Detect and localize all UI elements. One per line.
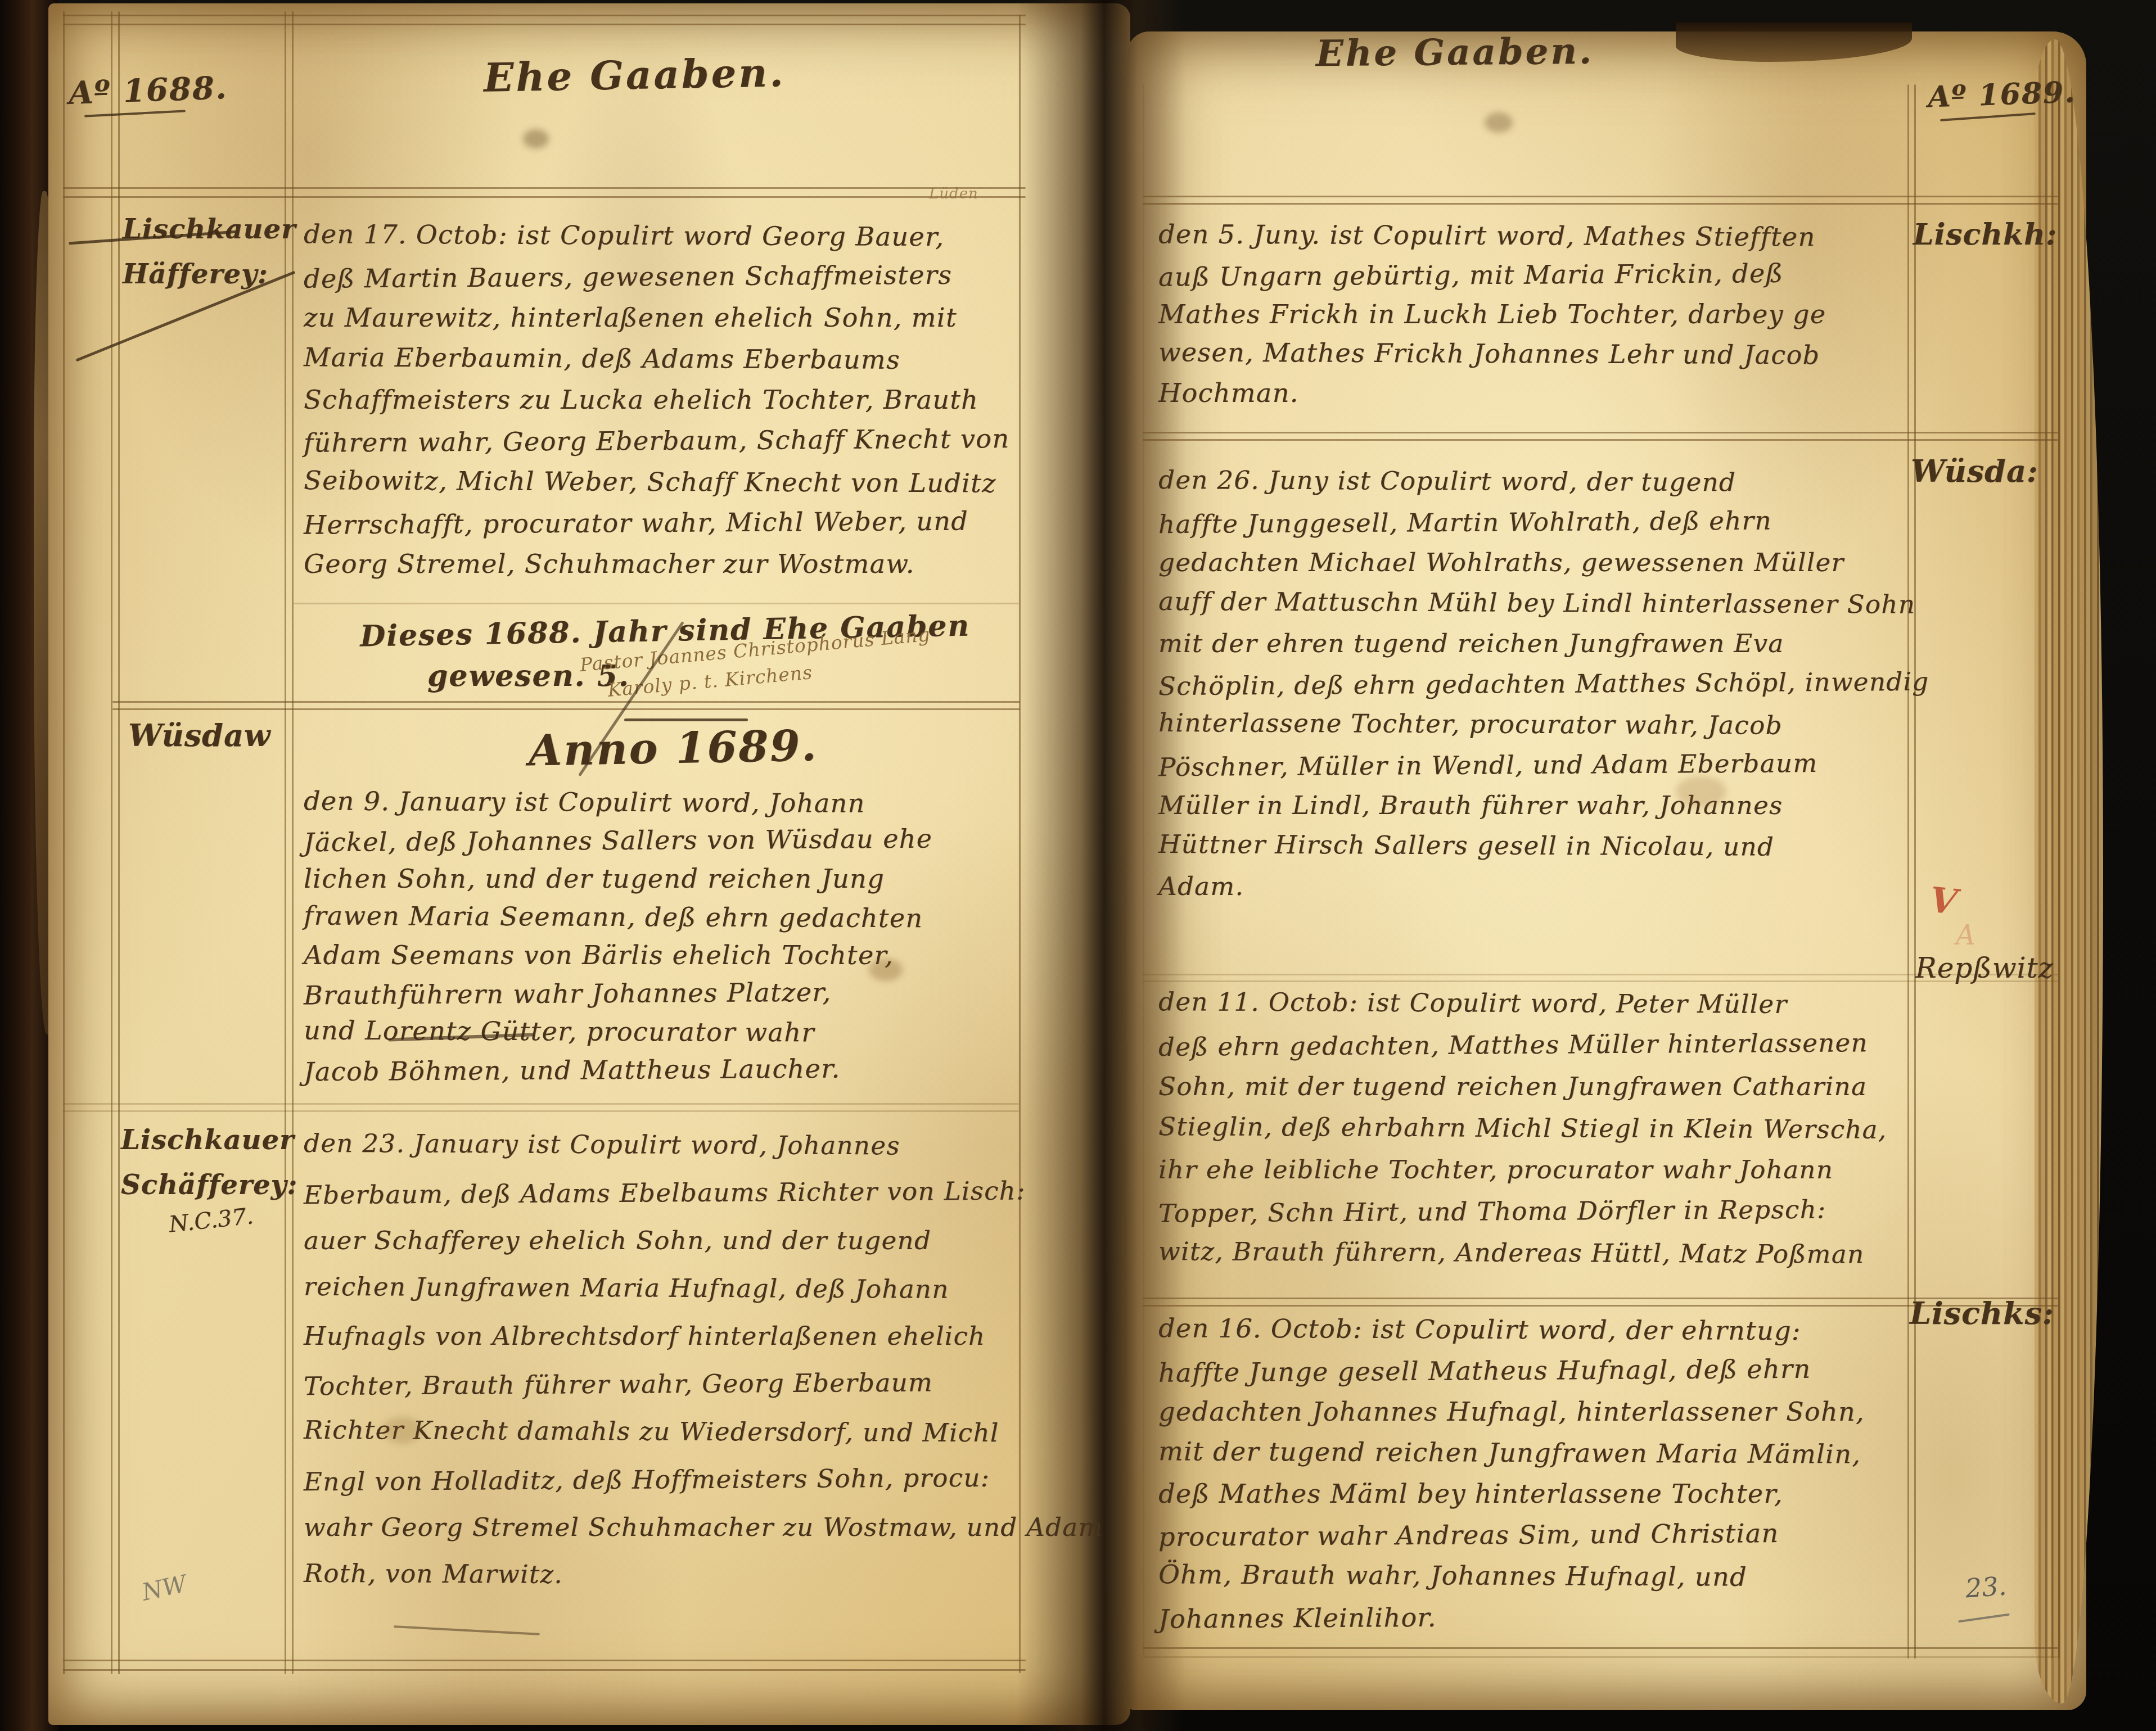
rule-line	[1143, 196, 2058, 197]
margin-note-wuesda: Wüsda:	[1911, 449, 2038, 494]
handwritten-line: Roth, von Marwitz.	[304, 1558, 1103, 1610]
margin-note-line: Häfferey:	[123, 252, 296, 297]
handwritten-line: Brauthführern wahr Johannes Platzer,	[304, 977, 933, 1019]
handwritten-line: auff der Mattuschn Mühl bey Lindl hinter…	[1158, 586, 1929, 630]
handwritten-line: Eberbaum, deß Adams Ebelbaums Richter vo…	[304, 1176, 1103, 1228]
register-entry: den 9. January ist Copulirt word, Johann…	[304, 787, 932, 1093]
handwritten-line: haffte Junggesell, Martin Wohlrath, deß …	[1158, 505, 1929, 550]
right-page-title: Ehe Gaaben.	[1316, 30, 1594, 75]
handwritten-line: frawen Maria Seemann, deß ehrn gedachten	[304, 901, 933, 942]
rule-line	[1143, 1647, 2058, 1649]
handwritten-line: deß ehrn gedachten, Matthes Müller hinte…	[1158, 1028, 1887, 1074]
rule-line	[118, 11, 120, 1674]
handwritten-line: Engl von Holladitz, deß Hoffmeisters Soh…	[304, 1462, 1103, 1515]
rule-line	[294, 603, 1019, 604]
handwritten-line: Stieglin, deß ehrbahrn Michl Stiegl in K…	[1158, 1111, 1887, 1156]
handwritten-line: deß Martin Bauers, gewesenen Schaffmeist…	[304, 259, 1010, 305]
handwritten-line: Jacob Böhmen, und Mattheus Laucher.	[304, 1053, 933, 1095]
handwritten-line: den 5. Juny. ist Copulirt word, Mathes S…	[1158, 219, 1826, 261]
rule-line	[63, 1103, 1019, 1105]
handwritten-line: führern wahr, Georg Eberbaum, Schaff Kne…	[304, 423, 1010, 469]
ink-stain	[869, 959, 903, 981]
handwritten-line: Schöplin, deß ehrn gedachten Matthes Sch…	[1158, 667, 1929, 712]
handwritten-line: Jäckel, deß Johannes Sallers von Wüsdau …	[304, 824, 933, 866]
rule-line	[1143, 432, 2058, 433]
handwritten-line: haffte Junge gesell Matheus Hufnagl, deß…	[1158, 1353, 1865, 1399]
rule-line	[2051, 84, 2053, 1658]
handwritten-line: den 17. Octob: ist Copulirt word Georg B…	[304, 219, 1010, 263]
handwritten-line: Seibowitz, Michl Weber, Schaff Knecht vo…	[304, 465, 1010, 509]
heading-anno-1689: Anno 1689.	[528, 721, 818, 776]
handwritten-line: den 16. Octob: ist Copulirt word, der eh…	[1158, 1313, 1865, 1357]
margin-note-line: Schäfferey:	[121, 1163, 297, 1208]
handwritten-line: zu Maurewitz, hinterlaßenen ehelich Sohn…	[304, 302, 1009, 344]
handwritten-line: mit der tugend reichen Jungfrawen Maria …	[1158, 1436, 1865, 1480]
rule-line	[1143, 439, 2058, 441]
handwritten-line: Hufnagls von Albrechtsdorf hinterlaßenen…	[304, 1321, 1103, 1369]
red-ghost-mark: A	[1956, 920, 1975, 951]
register-entry: den 16. Octob: ist Copulirt word, der eh…	[1158, 1314, 1865, 1643]
ink-stain	[1485, 112, 1513, 133]
handwritten-line: den 26. Juny ist Copulirt word, der tuge…	[1158, 465, 1929, 509]
handwritten-line: Öhm, Brauth wahr, Johannes Hufnagl, und	[1158, 1559, 1865, 1603]
handwritten-line: Herrschafft, procurator wahr, Michl Webe…	[304, 505, 1010, 551]
handwritten-line: mit der ehren tugend reichen Jungfrawen …	[1158, 629, 1929, 669]
register-entry: den 5. Juny. ist Copulirt word, Mathes S…	[1158, 220, 1826, 417]
handwritten-line: Hochman.	[1158, 378, 1826, 417]
rule-line	[2058, 84, 2060, 1658]
handwritten-line: wahr Georg Stremel Schuhmacher zu Wostma…	[304, 1512, 1103, 1560]
book-scan: Aº 1688. Ehe Gaaben. Lüden Lischkauer Hä…	[0, 0, 2156, 1731]
page-edge-stack	[2035, 39, 2103, 1703]
rule-line	[1143, 84, 1144, 1656]
handwritten-line: ihr ehe leibliche Tochter, procurator wa…	[1158, 1155, 1887, 1196]
handwritten-line: den 9. January ist Copulirt word, Johann	[304, 786, 933, 827]
handwritten-line: gedachten Johannes Hufnagl, hinterlassen…	[1158, 1396, 1865, 1438]
red-check-mark: V	[1928, 879, 1959, 923]
margin-note-line: Lischkauer	[123, 207, 296, 252]
register-entry: den 17. Octob: ist Copulirt word Georg B…	[304, 220, 1009, 590]
handwritten-line: procurator wahr Andreas Sim, und Christi…	[1158, 1517, 1865, 1563]
handwritten-line: Müller in Lindl, Brauth führer wahr, Joh…	[1158, 790, 1929, 831]
margin-note-lischkh: Lischkh:	[1913, 213, 2057, 257]
handwritten-line: Maria Eberbaumin, deß Adams Eberbaums	[304, 342, 1010, 386]
handwritten-line: hinterlassene Tochter, procurator wahr, …	[1158, 708, 1929, 752]
corner-note: Lüden	[929, 186, 978, 202]
handwritten-line: deß Mathes Mäml bey hinterlassene Tochte…	[1158, 1479, 1865, 1520]
handwritten-line: auer Schafferey ehelich Sohn, und der tu…	[304, 1226, 1103, 1273]
rule-line	[63, 1660, 1026, 1661]
handwritten-line: reichen Jungfrawen Maria Hufnagl, deß Jo…	[304, 1272, 1103, 1323]
left-year-label: Aº 1688.	[68, 69, 228, 112]
handwritten-line: gedachten Michael Wohlraths, gewessenen …	[1158, 548, 1929, 588]
left-page-title: Ehe Gaaben.	[483, 49, 786, 101]
handwritten-line: Tochter, Brauth führer wahr, Georg Eberb…	[304, 1367, 1103, 1420]
handwritten-line: und Lorentz Gütter, procurator wahr	[304, 1015, 933, 1056]
ink-stain	[523, 129, 549, 148]
right-year-label: Aº 1689.	[1927, 75, 2076, 114]
register-entry: den 11. Octob: ist Copulirt word, Peter …	[1158, 988, 1887, 1280]
handwritten-line: Schaffmeisters zu Lucka ehelich Tochter,…	[304, 385, 1009, 426]
handwritten-line: den 11. Octob: ist Copulirt word, Peter …	[1158, 987, 1887, 1032]
handwritten-line: Topper, Schn Hirt, und Thoma Dörfler in …	[1158, 1194, 1887, 1240]
handwritten-line: witz, Brauth führern, Andereas Hüttl, Ma…	[1158, 1236, 1887, 1281]
margin-note-repsswitz: Repßwitz	[1915, 946, 2054, 991]
margin-note-wuesdaw: Wüsdaw	[128, 713, 270, 758]
rule-line	[63, 24, 1026, 25]
handwritten-line: Adam Seemans von Bärlis ehelich Tochter,	[304, 940, 932, 978]
handwritten-line: Georg Stremel, Schuhmacher zur Wostmaw.	[304, 549, 1009, 590]
rule-line	[1143, 1656, 2058, 1658]
margin-note-line: Lischkauer	[121, 1118, 297, 1163]
handwritten-line: Hüttner Hirsch Sallers gesell in Nicolau…	[1158, 829, 1929, 873]
handwritten-line: Richter Knecht damahls zu Wiedersdorf, u…	[304, 1415, 1103, 1466]
rule-line	[63, 187, 1026, 189]
handwritten-line: Adam.	[1158, 871, 1929, 912]
rule-line	[63, 1669, 1026, 1671]
rule-line	[63, 11, 65, 1674]
register-entry: den 23. January ist Copulirt word, Johan…	[304, 1130, 1103, 1608]
margin-note-lischks: Lischks:	[1910, 1291, 2054, 1336]
handwritten-line: Pöschner, Müller in Wendl, und Adam Eber…	[1158, 748, 1929, 793]
handwritten-line: den 23. January ist Copulirt word, Johan…	[304, 1128, 1103, 1179]
handwritten-line: lichen Sohn, und der tugend reichen Jung	[304, 864, 932, 902]
handwritten-line: auß Ungarn gebürtig, mit Maria Frickin, …	[1158, 257, 1826, 301]
rule-line	[63, 15, 1026, 16]
rule-line	[63, 1110, 1019, 1112]
handwritten-line: Sohn, mit der tugend reichen Jungfrawen …	[1158, 1072, 1887, 1113]
ink-overline	[624, 718, 748, 721]
rule-line	[1143, 203, 2058, 205]
rule-line	[112, 708, 1020, 710]
handwritten-line: Mathes Frickh in Luckh Lieb Tochter, dar…	[1158, 299, 1826, 338]
ink-stain	[1676, 776, 1726, 807]
handwritten-line: wesen, Mathes Frickh Johannes Lehr und J…	[1158, 337, 1826, 379]
page-number: 23.	[1964, 1571, 2008, 1604]
register-entry: den 26. Juny ist Copulirt word, der tuge…	[1158, 467, 1929, 912]
ink-stain	[382, 1417, 422, 1444]
rule-line	[112, 701, 1020, 703]
handwritten-line: Johannes Kleinlihor.	[1158, 1599, 1865, 1645]
margin-note-lischkauer-schaefferey: Lischkauer Schäfferey:	[121, 1118, 297, 1208]
rule-line	[63, 196, 1026, 198]
rule-line	[111, 11, 112, 1674]
